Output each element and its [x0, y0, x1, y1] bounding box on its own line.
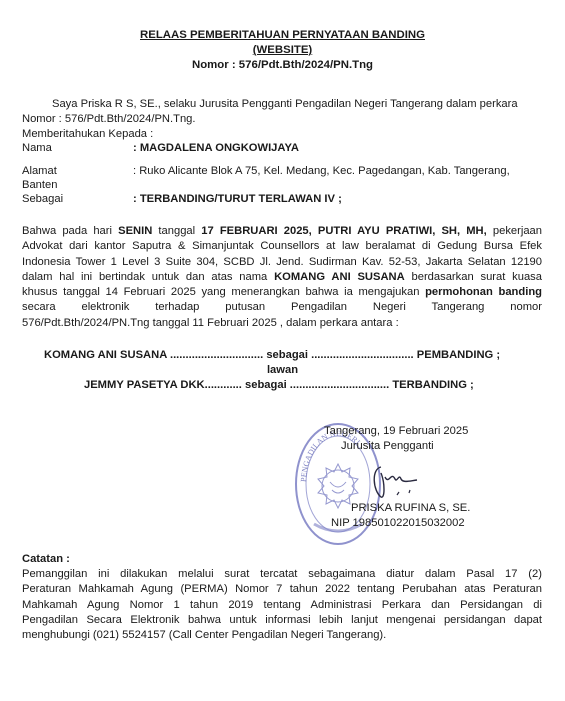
text: khusus tanggal 14 Februari 2025 yang men… — [22, 286, 425, 298]
place-date: Tangerang, 19 Februari 2025 — [324, 424, 554, 439]
signer-nip: NIP 198501022015032002 — [331, 516, 561, 531]
document-header: RELAAS PEMBERITAHUAN PERNYATAAN BANDING … — [0, 28, 565, 73]
body-line-2: Advokat dari kantor Saputra & Simanjunta… — [22, 239, 542, 254]
note-heading: Catatan : — [22, 552, 70, 567]
client-name: KOMANG ANI SUSANA — [274, 271, 405, 283]
body-line-4: dalam hal ini bertindak untuk dan atas n… — [22, 270, 542, 285]
signer-position: Jurusita Pengganti — [341, 439, 565, 454]
intro-line-3: Memberitahukan Kepada : — [22, 127, 153, 142]
document-title: RELAAS PEMBERITAHUAN PERNYATAAN BANDING — [0, 28, 565, 43]
note-line-2: Peraturan Mahkamah Agung (PERMA) Nomor 7… — [22, 582, 542, 597]
body-paragraph: Bahwa pada hari SENIN tanggal 17 FEBRUAR… — [22, 224, 542, 331]
signer-name: PRISKA RUFINA S, SE. — [351, 501, 565, 516]
note-paragraph: Pemanggilan ini dilakukan melalui surat … — [22, 567, 542, 643]
body-line-1: Bahwa pada hari SENIN tanggal 17 FEBRUAR… — [22, 224, 542, 239]
body-line-6: secara elektronik terhadap putusan Penga… — [22, 300, 542, 315]
address-value: : Ruko Alicante Blok A 75, Kel. Medang, … — [133, 164, 510, 179]
note-line-4: Pengadilan Secara Elektronik bahwa untuk… — [22, 613, 542, 628]
respondent-line: JEMMY PASETYA DKK............ sebagai ..… — [84, 378, 474, 393]
note-line-3: Mahkamah Agung Nomor 1 tahun 2019 tentan… — [22, 598, 542, 613]
body-line-7: 576/Pdt.Bth/2024/PN.Tng tanggal 11 Febru… — [22, 316, 542, 331]
note-line-5: menghubungi (021) 5524157 (Call Center P… — [22, 628, 542, 643]
note-line-1: Pemanggilan ini dilakukan melalui surat … — [22, 567, 542, 582]
text: dalam hal ini bertindak untuk dan atas n… — [22, 271, 274, 283]
text: pekerjaan — [487, 225, 542, 237]
appeal-request: permohonan banding — [425, 286, 542, 298]
handwritten-signature-icon — [369, 463, 439, 503]
role-label: Sebagai — [22, 192, 63, 207]
address-continuation: Banten — [22, 178, 57, 193]
versus-label: lawan — [0, 363, 565, 378]
text: tanggal — [152, 225, 201, 237]
appellant-line: KOMANG ANI SUSANA ......................… — [44, 348, 500, 363]
name-label: Nama — [22, 141, 52, 156]
role-value: : TERBANDING/TURUT TERLAWAN IV ; — [133, 192, 342, 207]
intro-line-1: Saya Priska R S, SE., selaku Jurusita Pe… — [52, 97, 518, 112]
document-subtitle: (WEBSITE) — [0, 43, 565, 58]
text: Bahwa pada hari — [22, 225, 118, 237]
body-line-3: Indonesia Tower 1 Level 3 Suite 304, SCB… — [22, 255, 542, 270]
date-and-attorney: 17 FEBRUARI 2025, PUTRI AYU PRATIWI, SH,… — [201, 225, 486, 237]
document-number: Nomor : 576/Pdt.Bth/2024/PN.Tng — [0, 58, 565, 73]
text: berdasarkan surat kuasa — [405, 271, 542, 283]
address-label: Alamat — [22, 164, 57, 179]
body-line-5: khusus tanggal 14 Februari 2025 yang men… — [22, 285, 542, 300]
intro-line-2: Nomor : 576/Pdt.Bth/2024/PN.Tng. — [22, 112, 196, 127]
day-name: SENIN — [118, 225, 152, 237]
name-value: : MAGDALENA ONGKOWIJAYA — [133, 141, 299, 156]
